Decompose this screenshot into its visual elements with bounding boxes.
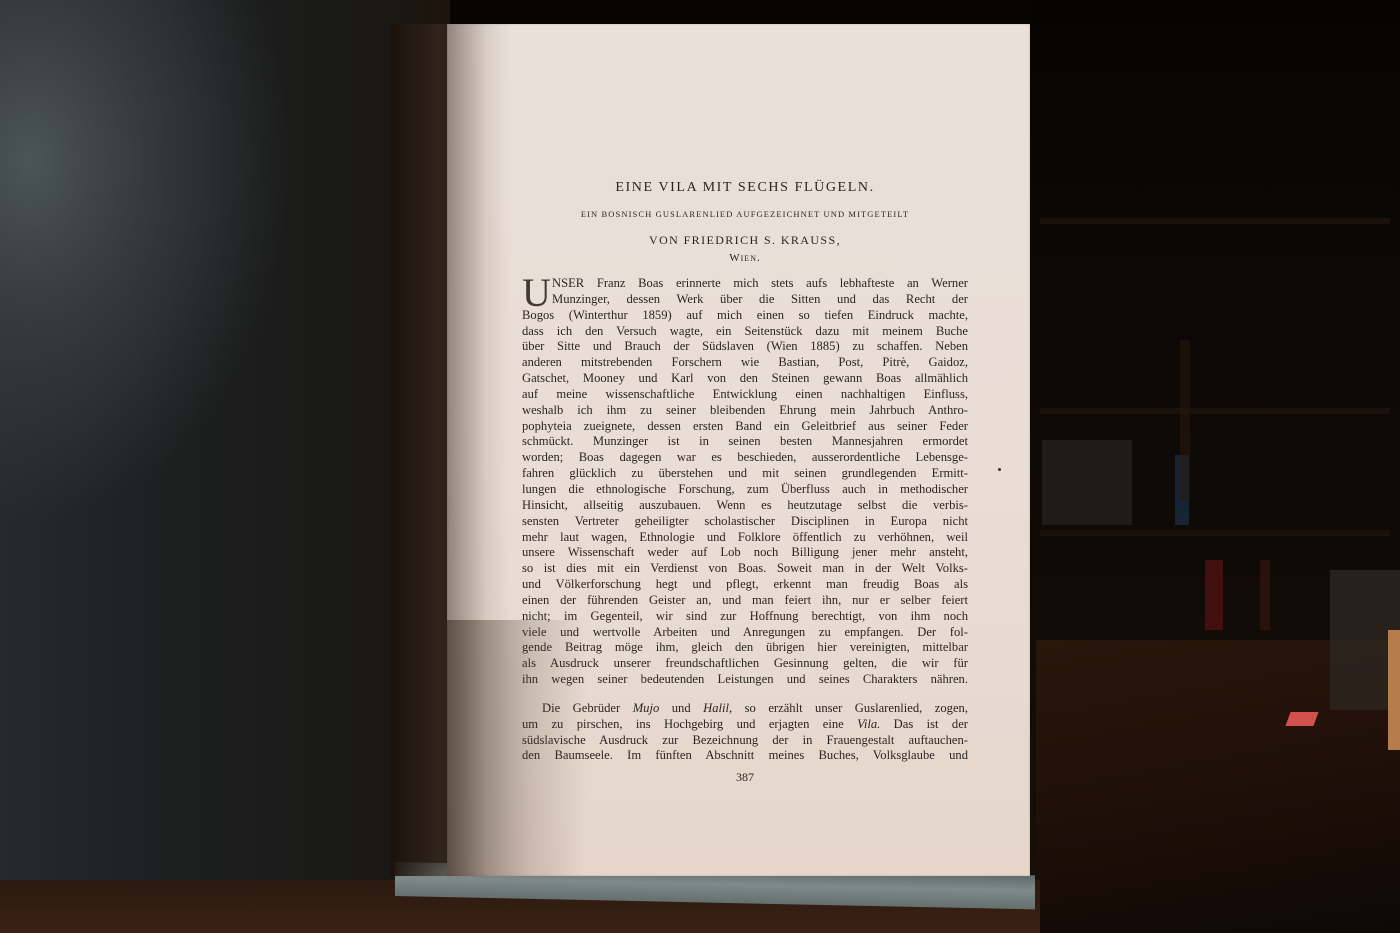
shelf-board [1040, 218, 1390, 224]
paper-speck [998, 468, 1001, 471]
text-line: ihn wegen seiner bedeutenden Leistungen … [522, 672, 968, 688]
text-line: einen der führenden Geister an, und man … [522, 593, 968, 609]
text-run: Das ist der [880, 717, 968, 731]
article-subtitle: Ein bosnisch Guslarenlied aufgezeichnet … [522, 209, 968, 219]
text-line: lungen die ethnologische Forschung, zum … [522, 482, 968, 498]
text-line: südslavische Ausdruck zur Bezeichnung de… [522, 733, 968, 749]
text-line: über Sitte und Brauch der Südslaven (Wie… [522, 339, 968, 355]
text-line: mehr laut wagen, Ethnologie und Folklore… [522, 530, 968, 546]
text-run: so erzählt unser Guslarenlied, zogen, [732, 701, 968, 715]
text-line: den Baumseele. Im fünften Abschnitt mein… [522, 748, 968, 764]
text-line: dass ich den Versuch wagte, ein Seitenst… [522, 324, 968, 340]
red-object [1285, 712, 1318, 726]
page-number: 387 [522, 770, 968, 785]
text-line: gende Beitrag möge ihm, gleich den übrig… [522, 640, 968, 656]
text-run: und [659, 701, 703, 715]
article-author: VON FRIEDRICH S. KRAUSS, [522, 233, 968, 248]
text-line: auf meine wissenschaftliche Entwicklung … [522, 387, 968, 403]
text-line: pophyteia zueignete, dessen ersten Band … [522, 419, 968, 435]
text-line: so ist dies mit ein Verdienst von Boas. … [522, 561, 968, 577]
author-location: Wien. [522, 252, 968, 264]
left-page-blank [0, 0, 450, 933]
text-line: Bogos (Winterthur 1859) auf mich einen s… [522, 308, 968, 324]
text-line: und Völkerforschung hegt und pflegt, erk… [522, 577, 968, 593]
paragraph-story: Die Gebrüder Mujo und Halil, so erzählt … [522, 701, 968, 764]
photo-scene: EINE VILA MIT SECHS FLÜGELN. Ein bosnisc… [0, 0, 1400, 933]
shelf-board [1040, 408, 1390, 414]
text-run: um zu pirschen, ins Hochgebirg und erjag… [522, 717, 857, 731]
book-spine [1042, 440, 1132, 525]
text-line: viele und wertvolle Arbeiten und Anregun… [522, 625, 968, 641]
wooden-object [1388, 630, 1400, 750]
text-line: nicht; im Gegenteil, wir sind zur Hoffnu… [522, 609, 968, 625]
text-line: Munzinger, dessen Werk über die Sitten u… [522, 292, 968, 308]
text-line: um zu pirschen, ins Hochgebirg und erjag… [522, 717, 968, 733]
text-line: unsere Wissenschaft weder auf Lob noch B… [522, 545, 968, 561]
right-page: EINE VILA MIT SECHS FLÜGELN. Ein bosnisc… [447, 24, 1030, 876]
text-line: als Ausdruck unserer freundschaftlichen … [522, 656, 968, 672]
paragraph-intro: U NSER Franz Boas erinnerte mich stets a… [522, 276, 968, 688]
article-title: EINE VILA MIT SECHS FLÜGELN. [522, 180, 968, 196]
text-line: worden; Boas dagegen war es beschieden, … [522, 450, 968, 466]
text-line: fahren glücklich zu überstehen und mit s… [522, 466, 968, 482]
text-line: anderen mitstrebenden Forschern wie Bast… [522, 355, 968, 371]
text-line: U NSER Franz Boas erinnerte mich stets a… [522, 276, 968, 292]
text-line-content: NSER Franz Boas erinnerte mich stets auf… [552, 276, 968, 290]
text-line: sensten Vertreter geheiligter scholastis… [522, 514, 968, 530]
drop-cap: U [522, 276, 551, 310]
text-line: schmückt. Munzinger ist in seinen besten… [522, 434, 968, 450]
book-spine [1205, 560, 1223, 630]
italic-name-halil: Halil, [703, 701, 732, 715]
text-run: Die Gebrüder [542, 701, 633, 715]
text-line: Hinsicht, allseitig auszubauen. Wenn es … [522, 498, 968, 514]
shelf-board [1040, 530, 1390, 536]
book-spine [1260, 560, 1270, 630]
italic-term-vila: Vila. [857, 717, 880, 731]
book-spine [1180, 340, 1190, 500]
text-line: Die Gebrüder Mujo und Halil, so erzählt … [522, 701, 968, 717]
text-line: Gatschet, Mooney und Karl von den Steine… [522, 371, 968, 387]
text-line: weshalb ich ihm zu seiner bleibenden Ehr… [522, 403, 968, 419]
italic-name-mujo: Mujo [633, 701, 660, 715]
page-text-block: EINE VILA MIT SECHS FLÜGELN. Ein bosnisc… [522, 180, 968, 785]
